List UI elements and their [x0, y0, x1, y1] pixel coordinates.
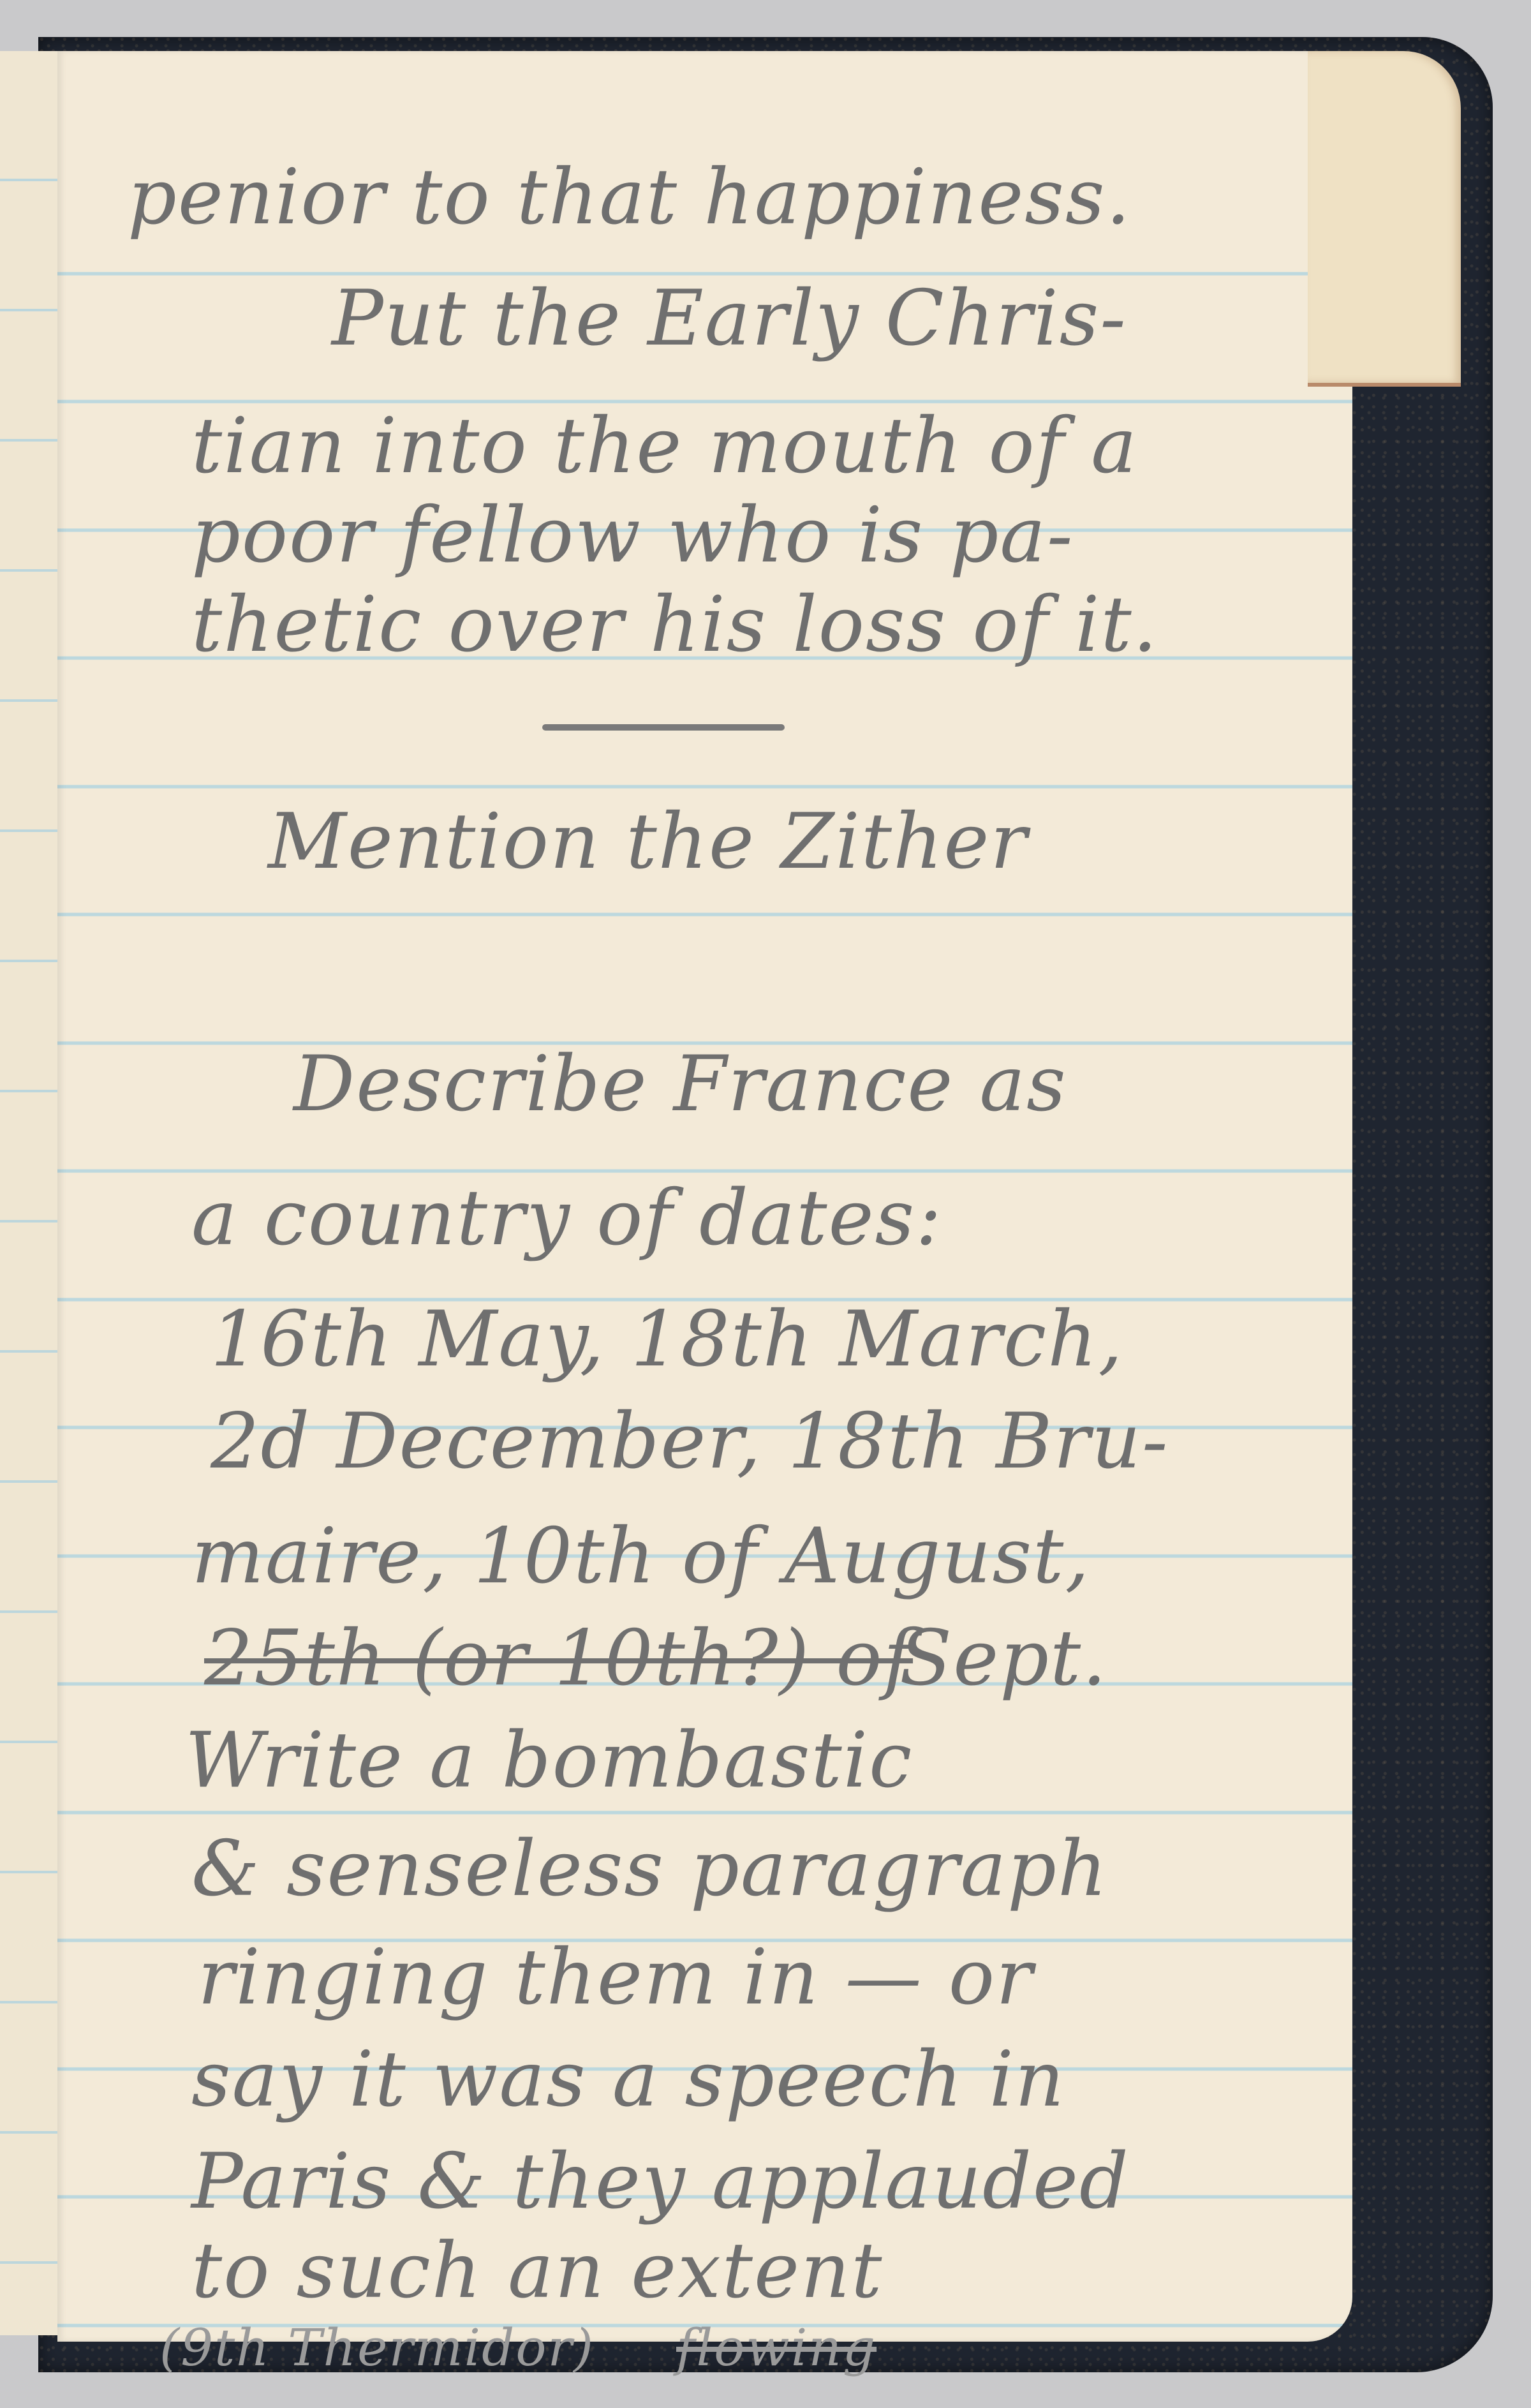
text-line-12: Sept.: [899, 1621, 1107, 1697]
text-line-3: tian into the mouth of a: [191, 408, 1138, 485]
text-line-10: 2d December, 18th Bru-: [211, 1404, 1169, 1480]
text-line-17: Paris & they applauded: [191, 2144, 1130, 2220]
text-line-6: Mention the Zither: [268, 804, 1028, 881]
text-line-14: & senseless paragraph: [191, 1831, 1108, 1908]
footer-note: (9th Thermidor): [159, 2323, 595, 2374]
text-line-15: ringing them in — or: [198, 1940, 1034, 2016]
text-line-16: say it was a speech in: [191, 2042, 1065, 2118]
struck-text-sept: 25th (or 10th?) of: [204, 1621, 913, 1697]
text-line-9: 16th May, 18th March,: [211, 1302, 1124, 1378]
text-line-5: thetic over his loss of it.: [191, 587, 1158, 664]
text-line-2: Put the Early Chris-: [332, 281, 1127, 357]
facing-page-edge: [0, 51, 59, 2335]
text-line-7: Describe France as: [293, 1046, 1067, 1123]
section-divider: [542, 724, 785, 731]
text-line-18: to such an extent: [191, 2233, 884, 2310]
page-corner-tab: [1308, 51, 1461, 387]
text-line-11: maire, 10th of August,: [191, 1519, 1091, 1595]
struck-footer-word: flowing: [676, 2323, 876, 2374]
text-line-1: penior to that happiness.: [128, 160, 1132, 236]
text-line-8: a country of dates:: [191, 1180, 943, 1257]
text-line-13: Write a bombastic: [185, 1723, 913, 1799]
text-line-4: poor fellow who is pa-: [191, 498, 1074, 574]
